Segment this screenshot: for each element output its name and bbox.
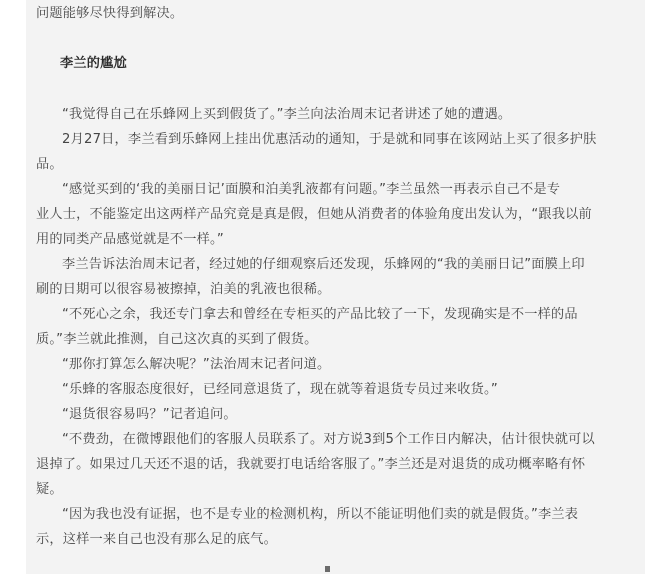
text-cursor-icon — [325, 566, 330, 572]
paragraph-line: 品。 — [36, 153, 63, 172]
paragraph-line: 2月27日，李兰看到乐蜂网上挂出优惠活动的通知，于是就和同事在该网站上买了很多护… — [62, 128, 597, 147]
paragraph-line: 刷的日期可以很容易被擦掉，泊美的乳液也很稀。 — [36, 278, 331, 297]
paragraph-line: 李兰告诉法治周末记者，经过她的仔细观察后还发现，乐蜂网的“我的美丽日记”面膜上印 — [62, 253, 585, 272]
paragraph-line: “乐蜂的客服态度很好，已经同意退货了，现在就等着退货专员过来收货。” — [62, 378, 498, 397]
paragraph-line: 业人士，不能鉴定出这两样产品究竟是真是假，但她从消费者的体验角度出发认为，“跟我… — [36, 203, 592, 222]
paragraph-line: 示，这样一来自己也没有那么足的底气。 — [36, 528, 277, 547]
section-heading: 李兰的尴尬 — [60, 52, 127, 71]
paragraph-line: “那你打算怎么解决呢？”法治周末记者问道。 — [62, 353, 330, 372]
paragraph-line: “感觉买到的‘我的美丽日记’面膜和泊美乳液都有问题。”李兰虽然一再表示自己不是专 — [62, 178, 560, 197]
paragraph-line: “不费劲，在微博跟他们的客服人员联系了。对方说3到5个工作日内解决，估计很快就可… — [62, 428, 595, 447]
paragraph-line: 疑。 — [36, 478, 63, 497]
paragraph-line: “不死心之余，我还专门拿去和曾经在专柜买的产品比较了一下，发现确实是不一样的品 — [62, 303, 578, 322]
paragraph-line: 退掉了。如果过几天还不退的话，我就要打电话给客服了。”李兰还是对退货的成功概率略… — [36, 453, 585, 472]
paragraph-line: “我觉得自己在乐蜂网上买到假货了。”李兰向法治周末记者讲述了她的遭遇。 — [62, 103, 511, 122]
paragraph-line: “退货很容易吗？”记者追问。 — [62, 403, 237, 422]
paragraph-line: “因为我也没有证据，也不是专业的检测机构，所以不能证明他们卖的就是假货。”李兰表 — [62, 503, 578, 522]
paragraph-line: 质。”李兰就此推测，自己这次真的买到了假货。 — [36, 328, 318, 347]
page: 问题能够尽快得到解决。 李兰的尴尬 “我觉得自己在乐蜂网上买到假货了。”李兰向法… — [0, 0, 645, 574]
paragraph-line: 用的同类产品感觉就是不一样。” — [36, 228, 224, 247]
intro-tail-paragraph: 问题能够尽快得到解决。 — [36, 2, 183, 21]
